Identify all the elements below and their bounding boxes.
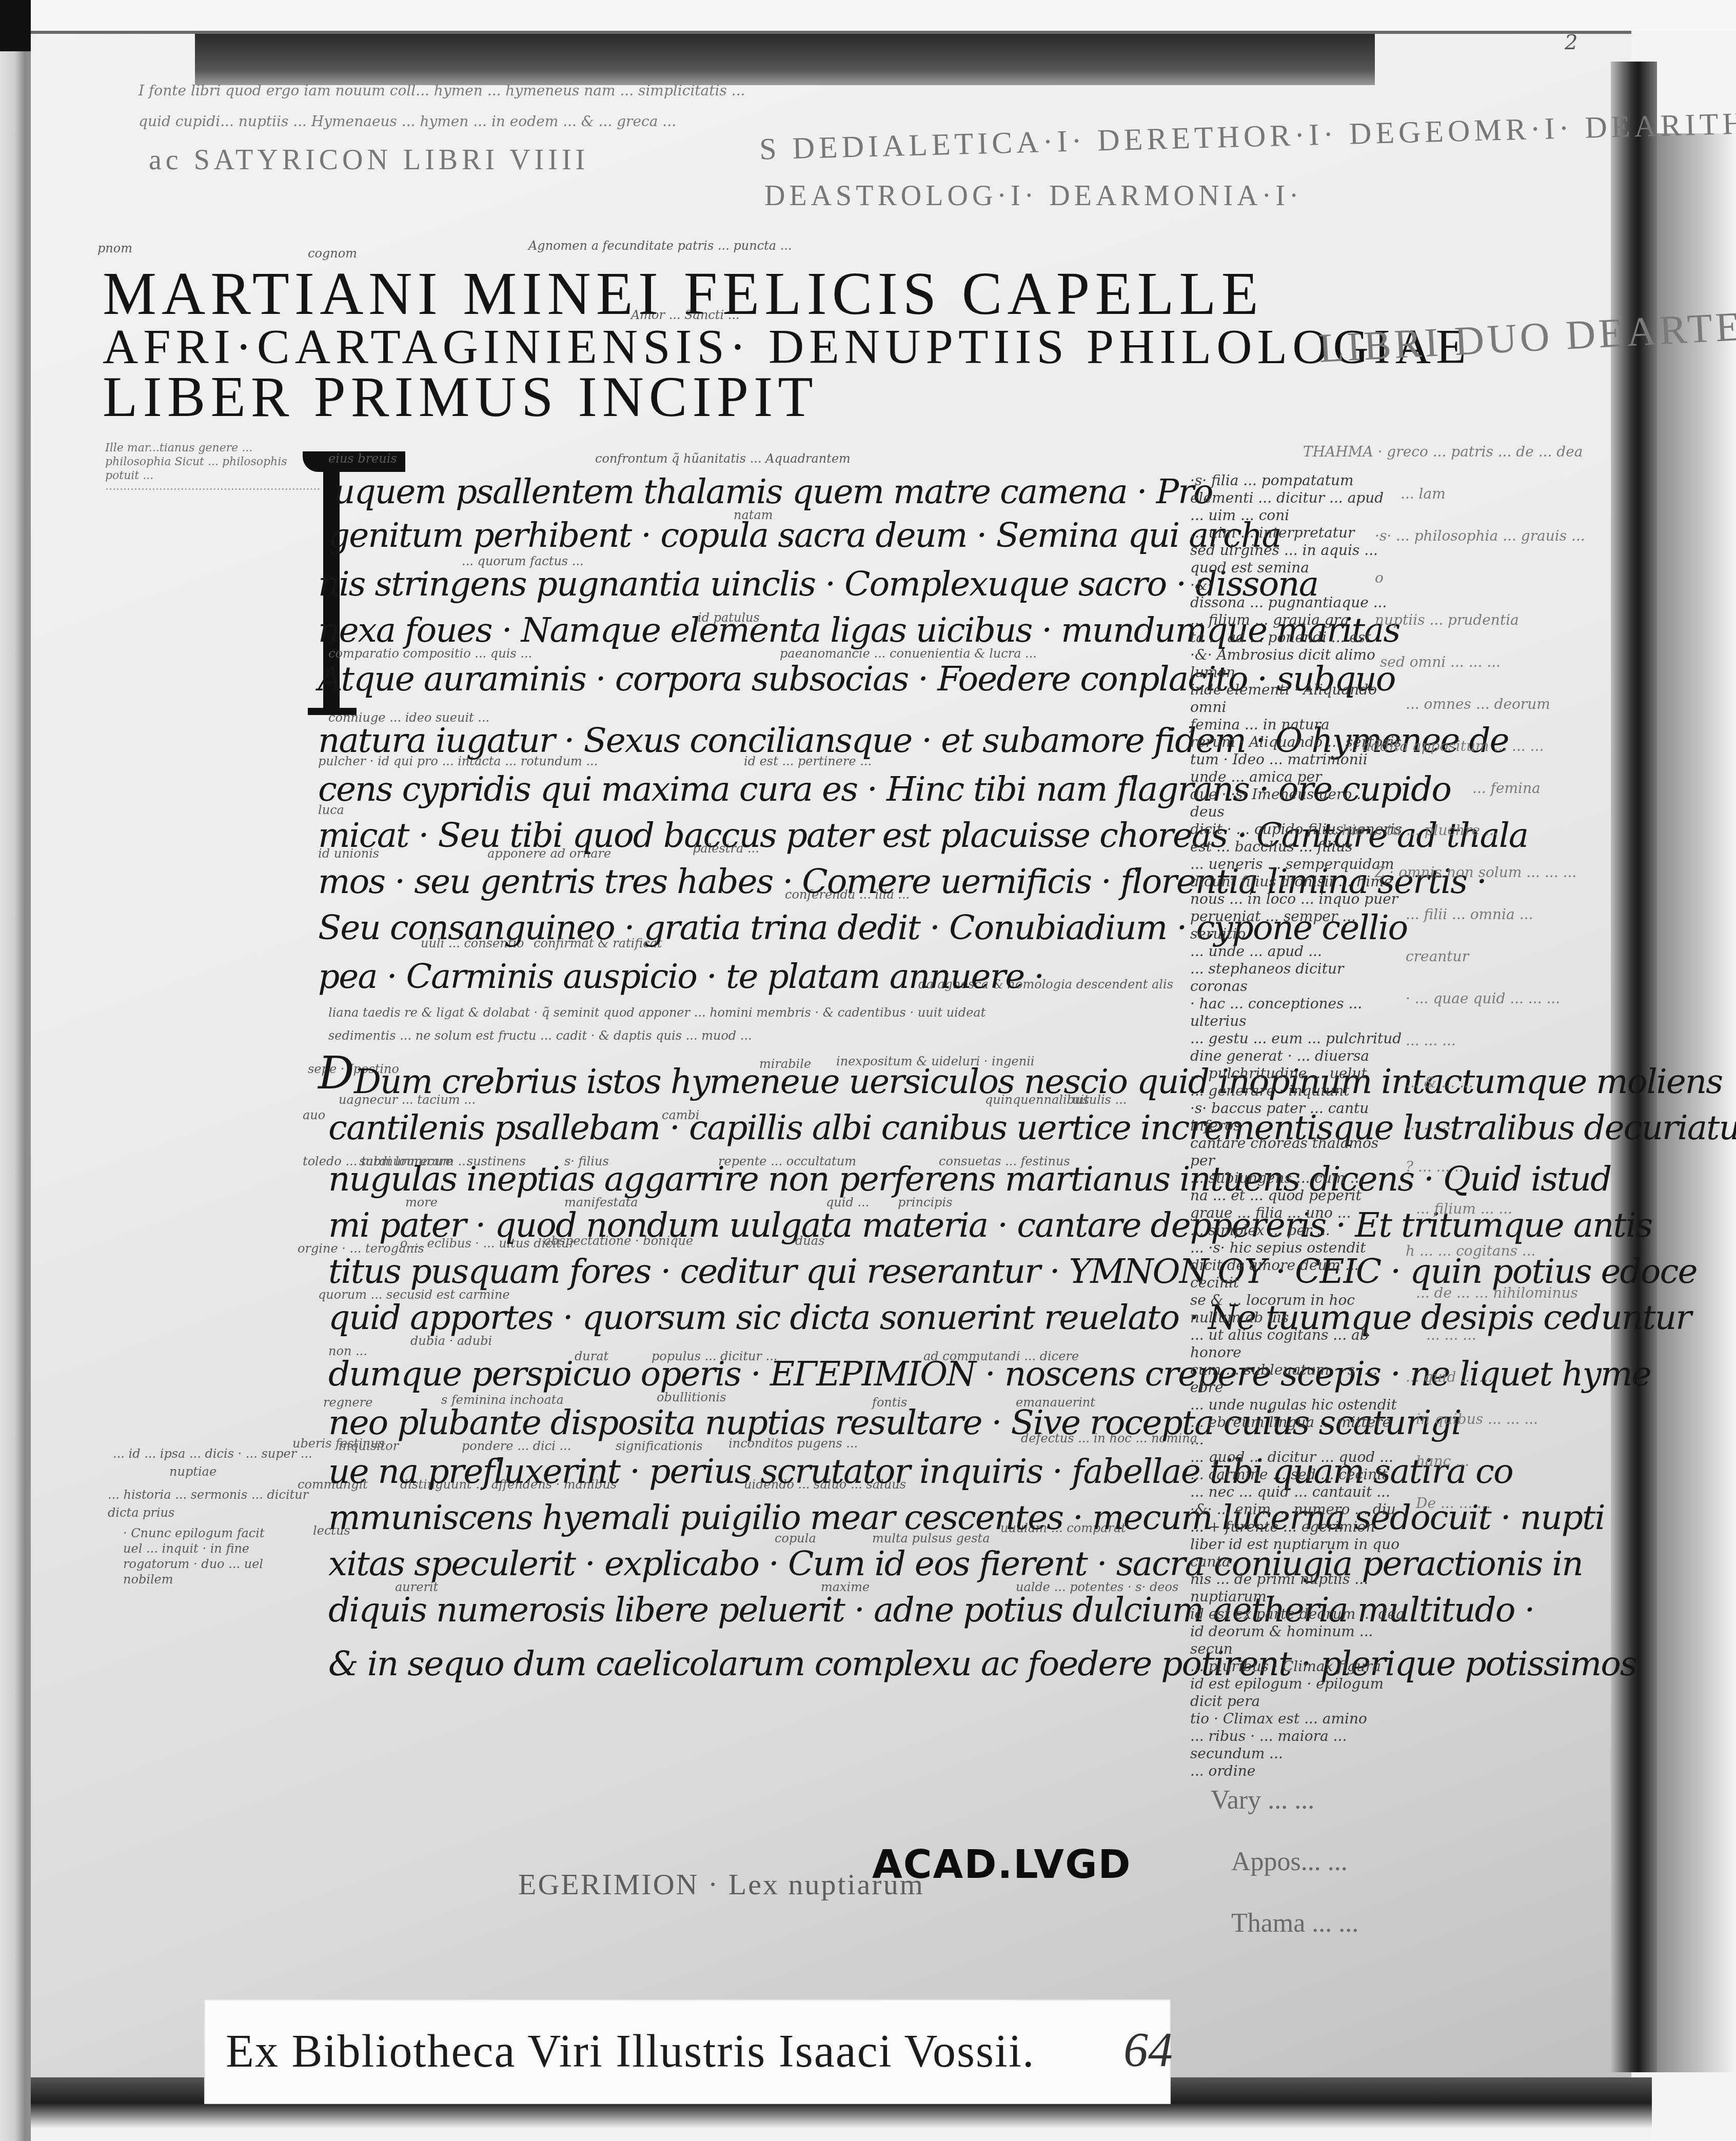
bottom-right-note-1: Vary ... ... [1211, 1785, 1314, 1815]
right-commentary-line: ... ordine [1190, 1762, 1406, 1780]
main-text-line: & in sequo dum caelicolarum complexu ac … [328, 1644, 1636, 1683]
outer-note: ... quid ... ... [1303, 1356, 1590, 1398]
outer-note: ·s· ... philosophia ... grauis ... [1303, 515, 1590, 557]
main-text-line: genitum perhibent · copula sacra deum · … [328, 516, 1281, 555]
right-commentary-line: liber id est nuptiarum in quo canta [1190, 1536, 1406, 1571]
left-commentary-closing-4: dicta prius [108, 1505, 174, 1520]
left-commentary-closing-8: nobilem [123, 1572, 173, 1587]
top-gloss-line-1: I fonte libri quod ergo iam nouum coll..… [139, 82, 745, 99]
left-commentary-closing-2: nuptiae [169, 1464, 216, 1479]
library-ownership-label: Ex Bibliotheca Viri Illustris Isaaci Vos… [205, 2000, 1170, 2103]
title-gloss-cognom: cognom [308, 246, 357, 261]
page-top-edge-shadow [195, 34, 1375, 85]
photo-top-margin [0, 0, 1736, 31]
right-commentary-line: ... ribus · ... maiora ... secundum ... [1190, 1728, 1406, 1762]
rubric-satyricon: ac SATYRICON LIBRI VIIII [149, 144, 589, 176]
outer-note: ... addita appositum ... ... ... [1303, 725, 1590, 767]
outer-note: ... & ... ... [1303, 1062, 1590, 1104]
left-commentary-closing-7: rogatorum · duo ... uel [123, 1557, 263, 1571]
outer-note: o [1303, 557, 1590, 599]
right-commentary-line: nuptiarum · [1190, 1588, 1406, 1605]
right-commentary-line: tio · Climax est ... amino [1190, 1710, 1406, 1728]
top-gloss-line-2: quid cupidi... nuptiis ... Hymenaeus ...… [139, 113, 676, 130]
right-commentary-line: ... pluribus · Climax figura [1190, 1658, 1406, 1675]
outer-margin-notes: THAHMA · greco ... patris ... de ... dea… [1303, 431, 1590, 1524]
outer-note: nuptiis ... prudentia [1303, 599, 1590, 641]
bottom-note-egerimion: EGERIMION · Lex nuptiarum [518, 1867, 924, 1901]
bottom-right-note-3: Thama ... ... [1231, 1908, 1358, 1938]
right-commentary-line: id est ex parte deorum ... dea [1190, 1605, 1406, 1623]
interlinear-gloss: sedimentis ... ne solum est fructu ... c… [328, 1028, 752, 1043]
outer-note: ... hic ... tu ... pluchre ... [1303, 809, 1590, 851]
outer-note: De ... ... ... [1303, 1482, 1590, 1524]
bottom-right-note-2: Appos... ... [1231, 1847, 1348, 1877]
initial-D: D [318, 1046, 353, 1099]
outer-note: ... omnes ... deorum [1303, 683, 1590, 725]
interlinear-gloss: dubia · adubi [410, 1334, 492, 1348]
title-gloss-agnomen: Agnomen a fecunditate patris ... puncta … [528, 239, 792, 253]
right-commentary-line: id deorum & hominum ... secun [1190, 1623, 1406, 1658]
main-text-line: pea · Carminis auspicio · te platam annu… [318, 957, 1043, 996]
interlinear-gloss: liana taedis re & ligat & dolabat · q̃ s… [328, 1005, 985, 1020]
interlinear-gloss: auo [303, 1108, 325, 1122]
outer-note: · ... quae quid ... ... ... [1303, 978, 1590, 1020]
outer-note: sed omni ... ... ... [1303, 641, 1590, 683]
left-commentary-closing-6: uel ... inquit · in fine [123, 1541, 249, 1556]
outer-note: ... ... ... [1303, 1020, 1590, 1062]
outer-note: ... lam [1303, 473, 1590, 515]
outer-note: h ... ... cogitans ... [1303, 1230, 1590, 1272]
label-shelfmark-number: 64 [1123, 2021, 1173, 2078]
left-commentary-closing-3: ... historia ... sermonis ... dicitur [108, 1488, 308, 1502]
outer-note: ? ... ... ... [1303, 1146, 1590, 1188]
outer-note: in quibus ... ... ... [1303, 1398, 1590, 1440]
outer-note: THAHMA · greco ... patris ... de ... dea [1303, 431, 1590, 473]
left-commentary-body: ········································… [105, 483, 321, 497]
outer-note: ... femina [1303, 767, 1590, 809]
library-stamp: ACAD.LVGD [872, 1841, 1132, 1887]
main-text-line: nis stringens pugnantia uinclis · Comple… [318, 564, 1318, 604]
left-commentary-closing-5: · Cnunc epilogum facit [123, 1526, 265, 1540]
outer-note: Z · omnis non solum ... ... ... [1303, 851, 1590, 894]
left-commentary-closing-1: ... id ... ipsa ... dicis · ... super ..… [113, 1446, 312, 1461]
outer-note: ... de ... ... nihilominus [1303, 1272, 1590, 1314]
main-text-line: uquem psallentem thalamis quem matre cam… [333, 472, 1213, 511]
outer-note: ... filium ... ... [1303, 1188, 1590, 1230]
interlinear-gloss: confrontum q̃ hũanitatis ... Aquadrantem [595, 451, 851, 466]
right-commentary-line: id est epilogum · epilogum dicit pera [1190, 1675, 1406, 1710]
left-margin-commentary: Ille mar...tianus genere ... philosophia… [105, 441, 321, 1446]
rubric-liberal-arts-line-2: DEASTROLOG·I· DEARMONIA·I· [764, 180, 1303, 212]
title-line-3: LIBER PRIMUS INCIPIT [103, 364, 818, 430]
folio-number: 2 [1565, 31, 1577, 54]
interlinear-gloss: eius breuis [328, 451, 397, 466]
label-text: Ex Bibliotheca Viri Illustris Isaaci Vos… [226, 2025, 1035, 2078]
outer-note: ... ... ... [1303, 1314, 1590, 1356]
right-page-edge [1657, 133, 1736, 2072]
outer-note: hanc ... [1303, 1440, 1590, 1482]
outer-note: ... ... ... [1303, 1104, 1590, 1146]
title-gloss-pnom: pnom [97, 241, 132, 255]
photo-corner-shadow [0, 0, 31, 51]
left-commentary-incipit: Ille mar...tianus genere ... philosophia… [105, 441, 321, 483]
outer-note: ... filii ... omnia ... creantur [1303, 894, 1590, 978]
right-commentary-line: nis ... de primi nuptiis ... [1190, 1571, 1406, 1588]
